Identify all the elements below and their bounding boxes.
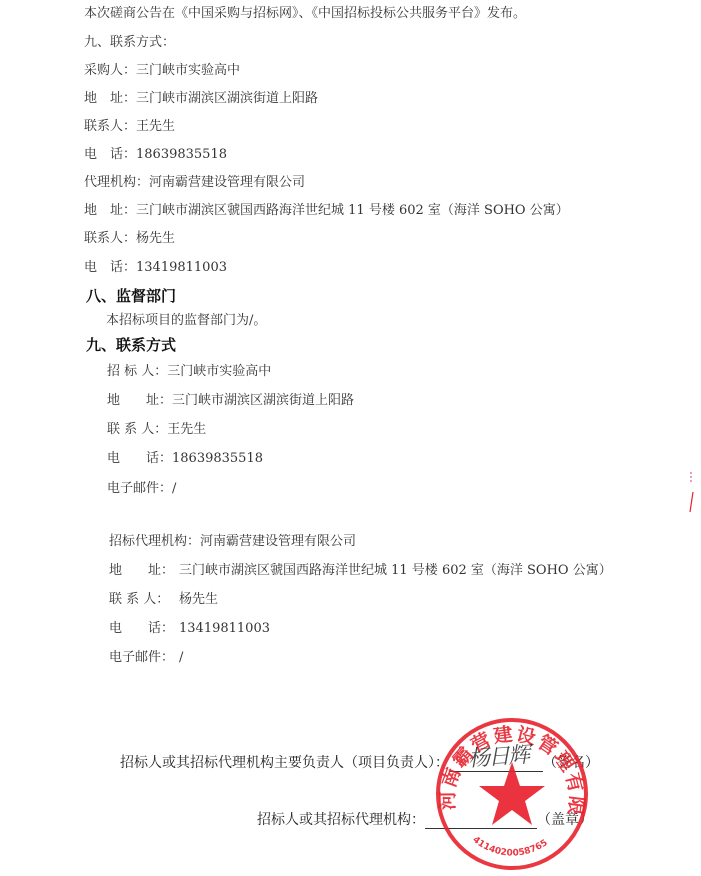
publish-notice: 本次磋商公告在《中国采购与招标网》、《中国招标投标公共服务平台》发布。	[84, 6, 526, 22]
purchaser-address-row: 地 址：三门峡市湖滨区湖滨街道上阳路	[84, 91, 318, 107]
agency2-contact-value: 杨先生	[179, 592, 218, 608]
agency-address-row: 地 址：三门峡市湖滨区虢国西路海洋世纪城 11 号楼 602 室（海洋 SOHO…	[84, 203, 569, 219]
purchaser-label: 采购人：	[84, 63, 136, 79]
purchaser-row: 采购人：三门峡市实验高中	[84, 63, 240, 79]
purchaser-contact-row: 联系人：王先生	[84, 119, 175, 135]
tenderer-phone-value: 18639835518	[172, 451, 263, 467]
agency-contact-row: 联系人：杨先生	[84, 231, 175, 247]
contact-section-2-heading: 九、联系方式	[86, 336, 176, 354]
agency-phone-label: 电 话：	[84, 260, 136, 276]
tenderer-email-value: /	[172, 481, 176, 497]
agency2-phone-value: 13419811003	[179, 621, 270, 637]
agency-phone-value: 13419811003	[136, 260, 227, 276]
purchaser-contact-label: 联系人：	[84, 119, 136, 135]
tenderer-row: 招 标 人：三门峡市实验高中	[107, 364, 271, 380]
tenderer-email-label: 电子邮件：	[107, 481, 172, 497]
svg-text:4114020058765: 4114020058765	[470, 835, 549, 859]
agency2-email-label: 电子邮件：	[109, 650, 179, 666]
purchaser-phone-label: 电 话：	[84, 147, 136, 163]
agency2-address-row: 地 址：三门峡市湖滨区虢国西路海洋世纪城 11 号楼 602 室（海洋 SOHO…	[109, 563, 612, 579]
agency2-address-value: 三门峡市湖滨区虢国西路海洋世纪城 11 号楼 602 室（海洋 SOHO 公寓）	[179, 563, 612, 579]
tenderer-contact-row: 联 系 人：王先生	[107, 422, 206, 438]
tenderer-address-label: 地 址：	[107, 393, 172, 409]
org-label: 招标人或其招标代理机构：	[257, 812, 425, 828]
purchaser-contact-value: 王先生	[136, 119, 175, 135]
tenderer-contact-label: 联 系 人：	[107, 422, 167, 438]
purchaser-phone-row: 电 话：18639835518	[84, 147, 227, 163]
tenderer-label: 招 标 人：	[107, 364, 167, 380]
supervision-heading: 八、监督部门	[86, 287, 176, 305]
agency2-row: 招标代理机构：河南霸营建设管理有限公司	[109, 534, 356, 550]
agency2-email-row: 电子邮件：/	[109, 650, 183, 666]
contact-section-1-title: 九、联系方式：	[84, 35, 175, 51]
agency-contact-value: 杨先生	[136, 231, 175, 247]
tenderer-contact-value: 王先生	[167, 422, 206, 438]
tenderer-email-row: 电子邮件：/	[107, 481, 176, 497]
supervision-text: 本招标项目的监督部门为/。	[106, 313, 266, 329]
agency2-email-value: /	[179, 650, 183, 666]
agency2-contact-row: 联 系 人：杨先生	[109, 592, 218, 608]
seal-code: 4114020058765	[470, 835, 549, 859]
agency-address-label: 地 址：	[84, 203, 136, 219]
agency2-contact-label: 联 系 人：	[109, 592, 179, 608]
purchaser-phone-value: 18639835518	[136, 147, 227, 163]
agency2-phone-row: 电 话：13419811003	[109, 621, 270, 637]
responsible-label: 招标人或其招标代理机构主要负责人（项目负责人）：	[120, 755, 449, 771]
agency-contact-label: 联系人：	[84, 231, 136, 247]
purchaser-address-value: 三门峡市湖滨区湖滨街道上阳路	[136, 91, 318, 107]
tenderer-phone-label: 电 话：	[107, 451, 172, 467]
edge-mark-icon	[688, 470, 694, 520]
agency2-address-label: 地 址：	[109, 563, 179, 579]
agency-row: 代理机构：河南霸营建设管理有限公司	[84, 175, 305, 191]
agency-phone-row: 电 话：13419811003	[84, 260, 227, 276]
tenderer-value: 三门峡市实验高中	[167, 364, 271, 380]
tenderer-phone-row: 电 话：18639835518	[107, 451, 263, 467]
tenderer-address-value: 三门峡市湖滨区湖滨街道上阳路	[172, 393, 354, 409]
handwritten-signature: 杨日辉	[467, 738, 529, 773]
agency-address-value: 三门峡市湖滨区虢国西路海洋世纪城 11 号楼 602 室（海洋 SOHO 公寓）	[136, 203, 569, 219]
agency-value: 河南霸营建设管理有限公司	[149, 175, 305, 191]
purchaser-address-label: 地 址：	[84, 91, 136, 107]
purchaser-value: 三门峡市实验高中	[136, 63, 240, 79]
agency-label: 代理机构：	[84, 175, 149, 191]
tenderer-address-row: 地 址：三门峡市湖滨区湖滨街道上阳路	[107, 393, 354, 409]
agency2-value: 河南霸营建设管理有限公司	[200, 534, 356, 550]
agency2-label: 招标代理机构：	[109, 534, 200, 550]
agency2-phone-label: 电 话：	[109, 621, 179, 637]
